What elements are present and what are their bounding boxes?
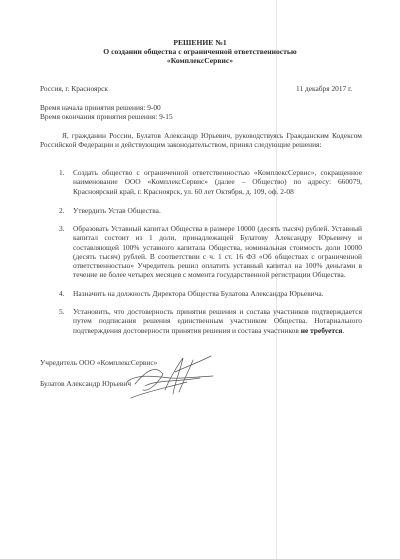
item-5-text: Установить, что достоверность принятия р… — [73, 307, 362, 335]
signature-icon — [125, 352, 215, 402]
item-number: 3. — [59, 224, 65, 233]
item-number: 4. — [59, 289, 65, 298]
item-2-text: Утвердить Устав Общества. — [73, 206, 362, 215]
item-1-text: Создать общество с ограниченной ответств… — [73, 168, 362, 196]
item-5-bold: не требуется — [301, 326, 343, 335]
document-page: РЕШЕНИЕ №1 О создании общества с огранич… — [0, 0, 400, 559]
document-subtitle: О создании общества с ограниченной ответ… — [0, 47, 400, 56]
item-5-end: . — [342, 326, 344, 335]
document-title: РЕШЕНИЕ №1 — [0, 38, 400, 47]
item-number: 1. — [59, 168, 65, 177]
item-4-text: Назначить на должность Директора Обществ… — [73, 289, 362, 298]
item-number: 2. — [59, 206, 65, 215]
place: Россия, г. Красноярск — [40, 84, 108, 93]
time-end: Время окончания принятия решения: 9-15 — [40, 112, 173, 121]
item-3-text: Образовать Уставный капитал Общества в р… — [73, 224, 362, 280]
date: 11 декабря 2017 г. — [296, 84, 352, 93]
company-name: «КомплексСервис» — [0, 56, 400, 65]
item-number: 5. — [59, 307, 65, 316]
time-start: Время начала принятия решения: 9-00 — [40, 103, 161, 112]
signer-name: Булатов Александр Юрьевич — [40, 379, 131, 388]
preamble: Я, гражданин России, Булатов Александр Ю… — [40, 131, 362, 150]
